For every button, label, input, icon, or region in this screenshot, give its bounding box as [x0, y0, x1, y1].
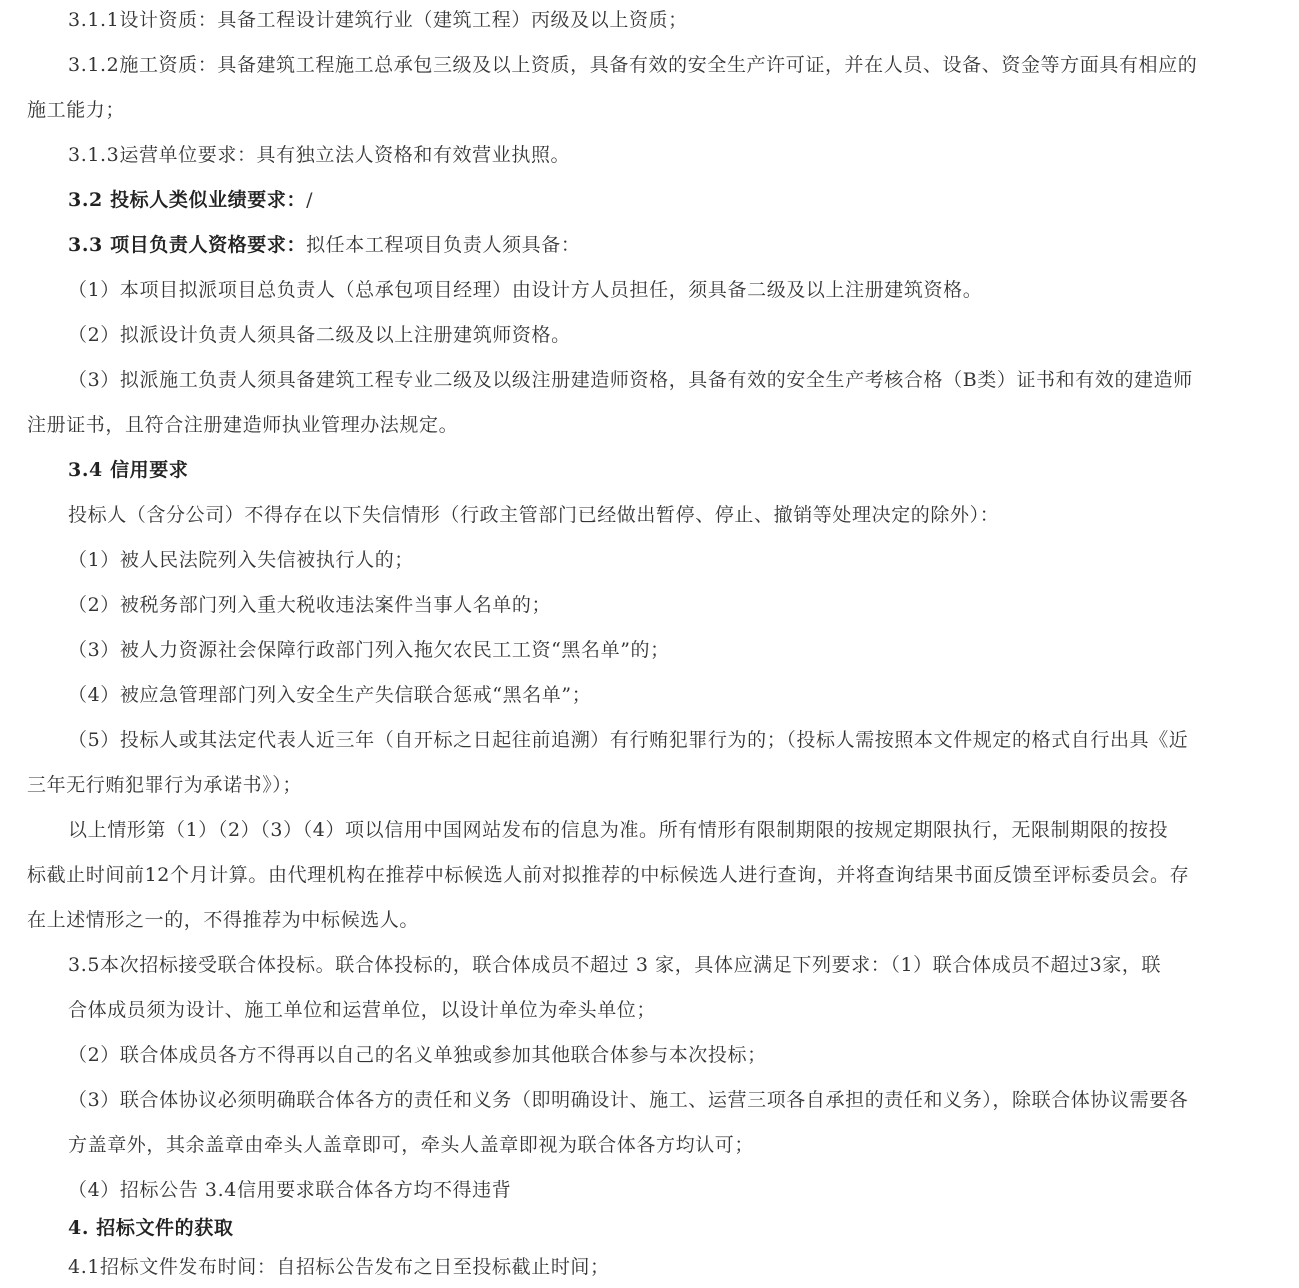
clause-3-4-note-line-3: 在上述情形之一的，不得推荐为中标候选人。: [27, 908, 419, 932]
clause-3-2-value: /: [306, 189, 313, 211]
clause-3-3-item-3: （3）拟派施工负责人须具备建筑工程专业二级及以级注册建造师资格，具备有效的安全生…: [68, 368, 1193, 392]
clause-3-1-2-continued: 施工能力；: [27, 98, 125, 122]
clause-3-1-2: 3.1.2施工资质：具备建筑工程施工总承包三级及以上资质，具备有效的安全生产许可…: [68, 53, 1197, 77]
clause-3-4-item-2: （2）被税务部门列入重大税收违法案件当事人名单的；: [68, 593, 551, 617]
section-3-4-heading: 3.4 信用要求: [68, 458, 188, 482]
clause-3-1-1: 3.1.1设计资质：具备工程设计建筑行业（建筑工程）丙级及以上资质；: [68, 8, 688, 32]
clause-3-4-item-4: （4）被应急管理部门列入安全生产失信联合惩戒“黑名单”；: [68, 683, 591, 707]
clause-3-4-item-1: （1）被人民法院列入失信被执行人的；: [68, 548, 414, 572]
clause-3-4-note: 以上情形第（1）（2）（3）（4）项以信用中国网站发布的信息为准。所有情形有限制…: [68, 818, 1168, 842]
clause-3-1-3: 3.1.3运营单位要求：具有独立法人资格和有效营业执照。: [68, 143, 570, 167]
clause-3-3-text: 拟任本工程项目负责人须具备：: [306, 234, 580, 256]
clause-3-4-intro: 投标人（含分公司）不得存在以下失信情形（行政主管部门已经做出暂停、停止、撤销等处…: [68, 503, 999, 527]
clause-3-3-heading: 3.3 项目负责人资格要求：: [68, 234, 306, 256]
clause-3-5-continued: 合体成员须为设计、施工单位和运营单位，以设计单位为牵头单位；: [68, 998, 656, 1022]
clause-3-4-item-3: （3）被人力资源社会保障行政部门列入拖欠农民工工资“黑名单”的；: [68, 638, 670, 662]
clause-3-5-item-4: （4）招标公告 3.4信用要求联合体各方均不得违背: [68, 1178, 511, 1202]
clause-3-5-item-2: （2）联合体成员各方不得再以自己的名义单独或参加其他联合体参与本次投标；: [68, 1043, 767, 1067]
clause-3-4-item-5: （5）投标人或其法定代表人近三年（自开标之日起往前追溯）有行贿犯罪行为的；（投标…: [68, 728, 1188, 752]
clause-3-3-item-1: （1）本项目拟派项目总负责人（总承包项目经理）由设计方人员担任，须具备二级及以上…: [68, 278, 982, 302]
clause-4-1: 4.1招标文件发布时间：自招标公告发布之日至投标截止时间；: [68, 1255, 610, 1279]
section-4-heading: 4. 招标文件的获取: [68, 1216, 233, 1240]
clause-3-3-item-3-continued: 注册证书，且符合注册建造师执业管理办法规定。: [27, 413, 458, 437]
clause-3-3-item-2: （2）拟派设计负责人须具备二级及以上注册建筑师资格。: [68, 323, 571, 347]
clause-3-5-item-3: （3）联合体协议必须明确联合体各方的责任和义务（即明确设计、施工、运营三项各自承…: [68, 1088, 1188, 1112]
clause-3-2: 3.2 投标人类似业绩要求：/: [68, 188, 313, 212]
clause-3-3: 3.3 项目负责人资格要求：拟任本工程项目负责人须具备：: [68, 233, 580, 257]
clause-3-2-heading: 3.2 投标人类似业绩要求：: [68, 189, 306, 211]
clause-3-5-item-3-continued: 方盖章外，其余盖章由牵头人盖章即可，牵头人盖章即视为联合体各方均认可；: [68, 1133, 754, 1157]
clause-3-4-item-5-continued: 三年无行贿犯罪行为承诺书》）；: [27, 773, 302, 797]
clause-3-4-note-line-2: 标截止时间前12个月计算。由代理机构在推荐中标候选人前对拟推荐的中标候选人进行查…: [27, 863, 1189, 887]
clause-3-5: 3.5本次招标接受联合体投标。联合体投标的，联合体成员不超过 3 家，具体应满足…: [68, 953, 1161, 977]
